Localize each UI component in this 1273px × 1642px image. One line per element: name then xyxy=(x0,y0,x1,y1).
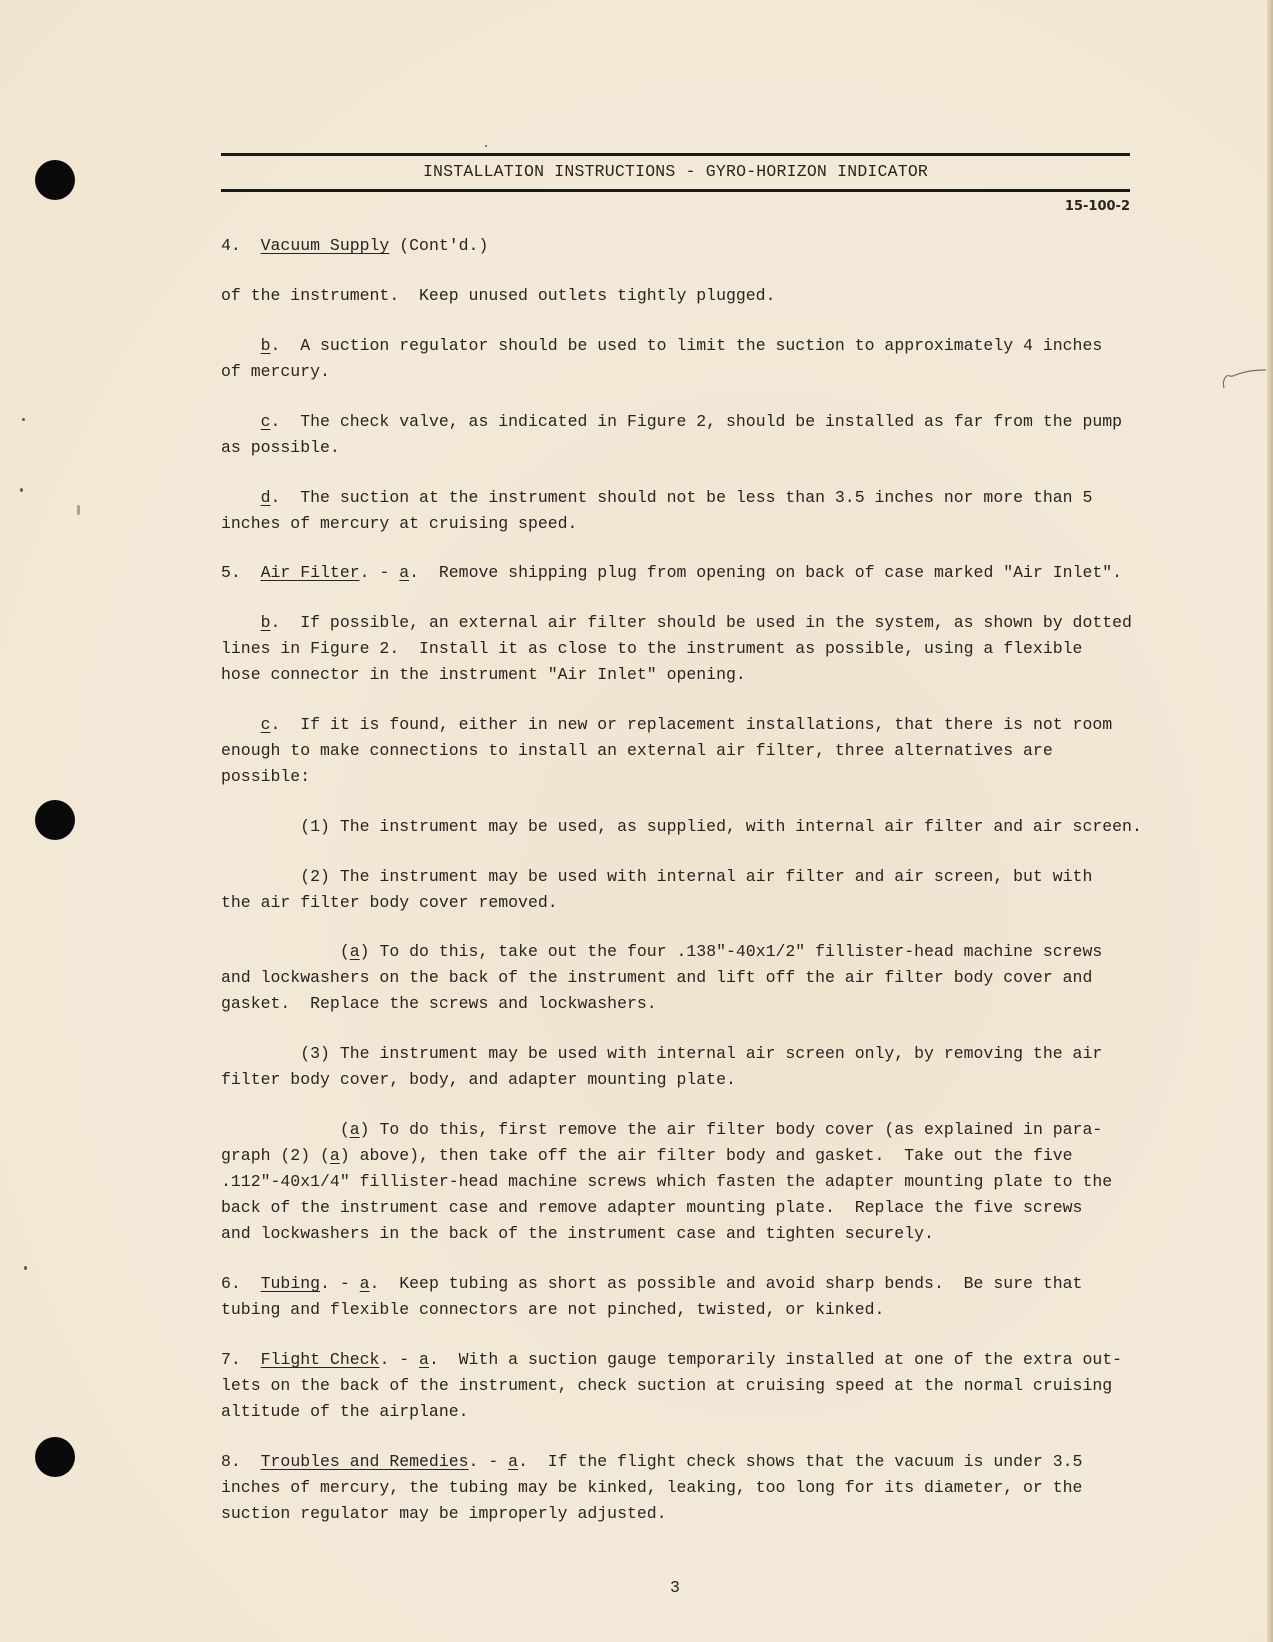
text-line: 5. Air Filter. - a. Remove shipping plug… xyxy=(221,560,1122,586)
text-run: of the instrument. Keep unused outlets t… xyxy=(221,286,776,305)
text-line: lets on the back of the instrument, chec… xyxy=(221,1373,1112,1399)
text-line: lines in Figure 2. Install it as close t… xyxy=(221,636,1082,662)
text-run xyxy=(221,336,261,355)
text-run: . - xyxy=(379,1350,419,1369)
text-run: . If it is found, either in new or repla… xyxy=(271,715,1113,734)
text-run: and lockwashers in the back of the instr… xyxy=(221,1224,934,1243)
text-run: suction regulator may be improperly adju… xyxy=(221,1504,667,1523)
text-line: (a) To do this, take out the four .138"-… xyxy=(221,939,1102,965)
margin-speck xyxy=(24,1266,27,1270)
page-edge xyxy=(1267,0,1273,1642)
text-line: .112"-40x1/4" fillister-head machine scr… xyxy=(221,1169,1112,1195)
text-run: . With a suction gauge temporarily insta… xyxy=(429,1350,1122,1369)
underlined-text: b xyxy=(261,336,271,355)
margin-speck xyxy=(485,145,487,147)
text-run: ( xyxy=(221,1120,350,1139)
underlined-text: Vacuum Supply xyxy=(261,236,390,255)
text-run: hose connector in the instrument "Air In… xyxy=(221,665,746,684)
text-run: lines in Figure 2. Install it as close t… xyxy=(221,639,1082,658)
text-run: lets on the back of the instrument, chec… xyxy=(221,1376,1112,1395)
underlined-text: Tubing xyxy=(261,1274,320,1293)
text-run: . - xyxy=(320,1274,360,1293)
text-run: possible: xyxy=(221,767,310,786)
text-run: . Keep tubing as short as possible and a… xyxy=(370,1274,1083,1293)
text-run: (1) The instrument may be used, as suppl… xyxy=(221,817,1142,836)
text-run: . If possible, an external air filter sh… xyxy=(271,613,1132,632)
header-rule-bottom xyxy=(221,189,1130,192)
text-run: ) above), then take off the air filter b… xyxy=(340,1146,1073,1165)
pencil-mark-icon xyxy=(1222,362,1267,392)
text-line: suction regulator may be improperly adju… xyxy=(221,1501,667,1527)
text-line: possible: xyxy=(221,764,310,790)
text-run: . - xyxy=(360,563,400,582)
text-run: . The check valve, as indicated in Figur… xyxy=(271,412,1123,431)
text-line: filter body cover, body, and adapter mou… xyxy=(221,1067,736,1093)
text-line: (3) The instrument may be used with inte… xyxy=(221,1041,1102,1067)
text-run: the air filter body cover removed. xyxy=(221,893,558,912)
text-line: tubing and flexible connectors are not p… xyxy=(221,1297,884,1323)
text-run xyxy=(221,412,261,431)
underlined-text: b xyxy=(261,613,271,632)
punch-hole-middle xyxy=(35,800,75,840)
text-line: (2) The instrument may be used with inte… xyxy=(221,864,1092,890)
punch-hole-top xyxy=(35,160,75,200)
underlined-text: Flight Check xyxy=(261,1350,380,1369)
text-line: (1) The instrument may be used, as suppl… xyxy=(221,814,1142,840)
text-line: and lockwashers in the back of the instr… xyxy=(221,1221,934,1247)
text-run xyxy=(221,488,261,507)
text-line: gasket. Replace the screws and lockwashe… xyxy=(221,991,657,1017)
page-number: 3 xyxy=(670,1578,680,1597)
text-run: 8. xyxy=(221,1452,261,1471)
underlined-text: a xyxy=(399,563,409,582)
text-line: 6. Tubing. - a. Keep tubing as short as … xyxy=(221,1271,1082,1297)
text-line: 8. Troubles and Remedies. - a. If the fl… xyxy=(221,1449,1082,1475)
text-line: of the instrument. Keep unused outlets t… xyxy=(221,283,776,309)
punch-hole-bottom xyxy=(35,1437,75,1477)
text-run: .112"-40x1/4" fillister-head machine scr… xyxy=(221,1172,1112,1191)
text-run: . Remove shipping plug from opening on b… xyxy=(409,563,1122,582)
text-line: as possible. xyxy=(221,435,340,461)
text-line: b. If possible, an external air filter s… xyxy=(221,610,1132,636)
text-line: graph (2) (a) above), then take off the … xyxy=(221,1143,1073,1169)
text-line: altitude of the airplane. xyxy=(221,1399,469,1425)
text-run: enough to make connections to install an… xyxy=(221,741,1053,760)
text-run: . - xyxy=(469,1452,509,1471)
text-run: 7. xyxy=(221,1350,261,1369)
underlined-text: c xyxy=(261,715,271,734)
text-run: 4. xyxy=(221,236,261,255)
text-line: 4. Vacuum Supply (Cont'd.) xyxy=(221,233,488,259)
underlined-text: a xyxy=(419,1350,429,1369)
text-run: tubing and flexible connectors are not p… xyxy=(221,1300,884,1319)
text-line: the air filter body cover removed. xyxy=(221,890,558,916)
text-run: as possible. xyxy=(221,438,340,457)
text-run: inches of mercury, the tubing may be kin… xyxy=(221,1478,1082,1497)
text-line: hose connector in the instrument "Air In… xyxy=(221,662,746,688)
text-line: 7. Flight Check. - a. With a suction gau… xyxy=(221,1347,1122,1373)
text-run: (2) The instrument may be used with inte… xyxy=(221,867,1092,886)
header-rule-top xyxy=(221,153,1130,156)
text-run: . If the flight check shows that the vac… xyxy=(518,1452,1082,1471)
text-line: inches of mercury at cruising speed. xyxy=(221,511,577,537)
text-line: (a) To do this, first remove the air fil… xyxy=(221,1117,1102,1143)
text-run: ) To do this, first remove the air filte… xyxy=(360,1120,1103,1139)
underlined-text: a xyxy=(350,1120,360,1139)
text-run xyxy=(221,613,261,632)
text-run: altitude of the airplane. xyxy=(221,1402,469,1421)
underlined-text: a xyxy=(330,1146,340,1165)
text-line: inches of mercury, the tubing may be kin… xyxy=(221,1475,1082,1501)
underlined-text: c xyxy=(261,412,271,431)
header-title: INSTALLATION INSTRUCTIONS - GYRO-HORIZON… xyxy=(221,162,1130,181)
text-run: of mercury. xyxy=(221,362,330,381)
text-line: d. The suction at the instrument should … xyxy=(221,485,1092,511)
text-line: of mercury. xyxy=(221,359,330,385)
text-run: 5. xyxy=(221,563,261,582)
text-run: and lockwashers on the back of the instr… xyxy=(221,968,1092,987)
text-run: . The suction at the instrument should n… xyxy=(271,488,1093,507)
text-line: c. The check valve, as indicated in Figu… xyxy=(221,409,1122,435)
underlined-text: a xyxy=(508,1452,518,1471)
text-run: 6. xyxy=(221,1274,261,1293)
text-line: back of the instrument case and remove a… xyxy=(221,1195,1082,1221)
text-line: enough to make connections to install an… xyxy=(221,738,1053,764)
underlined-text: a xyxy=(360,1274,370,1293)
text-run: ( xyxy=(221,942,350,961)
underlined-text: Troubles and Remedies xyxy=(261,1452,469,1471)
text-run: ) To do this, take out the four .138"-40… xyxy=(360,942,1103,961)
text-run: . A suction regulator should be used to … xyxy=(271,336,1103,355)
text-run: back of the instrument case and remove a… xyxy=(221,1198,1082,1217)
underlined-text: Air Filter xyxy=(261,563,360,582)
text-run: inches of mercury at cruising speed. xyxy=(221,514,577,533)
document-number: 15-100-2 xyxy=(1065,199,1130,214)
margin-speck xyxy=(22,418,25,421)
text-run xyxy=(221,715,261,734)
margin-speck xyxy=(77,505,80,515)
text-run: graph (2) ( xyxy=(221,1146,330,1165)
text-line: b. A suction regulator should be used to… xyxy=(221,333,1102,359)
underlined-text: a xyxy=(350,942,360,961)
text-run: filter body cover, body, and adapter mou… xyxy=(221,1070,736,1089)
text-run: gasket. Replace the screws and lockwashe… xyxy=(221,994,657,1013)
margin-speck xyxy=(20,488,23,492)
text-line: and lockwashers on the back of the instr… xyxy=(221,965,1092,991)
text-run: (Cont'd.) xyxy=(389,236,488,255)
text-line: c. If it is found, either in new or repl… xyxy=(221,712,1112,738)
underlined-text: d xyxy=(261,488,271,507)
text-run: (3) The instrument may be used with inte… xyxy=(221,1044,1102,1063)
